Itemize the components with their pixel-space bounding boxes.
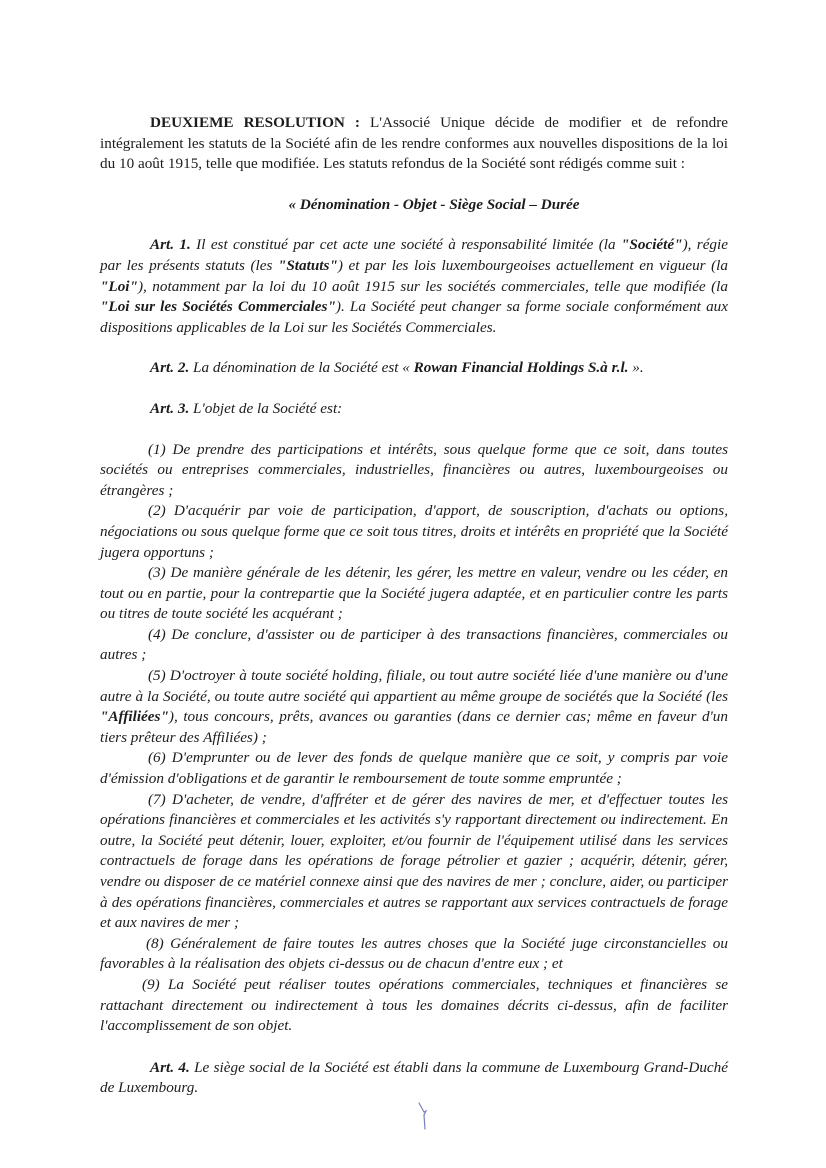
article-3-label: Art. 3. bbox=[150, 400, 189, 417]
object-item-5: (5) D'octroyer à toute société holding, … bbox=[100, 666, 728, 748]
pen-mark-icon bbox=[418, 1102, 430, 1130]
object-item-5-text: (5) D'octroyer à toute société holding, … bbox=[100, 667, 728, 705]
article-1-text: ), notamment par la loi du 10 août 1915 … bbox=[138, 278, 728, 295]
object-item-7: (7) D'acheter, de vendre, d'affréter et … bbox=[100, 790, 728, 934]
article-4-text: Le siège social de la Société est établi… bbox=[100, 1059, 728, 1097]
object-item-6: (6) D'emprunter ou de lever des fonds de… bbox=[100, 748, 728, 789]
article-3-text: L'objet de la Société est: bbox=[189, 400, 342, 417]
article-1-text: ) et par les lois luxembourgeoises actue… bbox=[338, 257, 728, 274]
resolution-paragraph: DEUXIEME RESOLUTION : L'Associé Unique d… bbox=[100, 113, 728, 175]
article-1-label: Art. 1. bbox=[150, 236, 191, 253]
company-name: Rowan Financial Holdings S.à r.l. bbox=[414, 359, 629, 376]
object-item-9: (9) La Société peut réaliser toutes opér… bbox=[100, 975, 728, 1037]
object-item-3: (3) De manière générale de les détenir, … bbox=[100, 563, 728, 625]
article-1: Art. 1. Il est constitué par cet acte un… bbox=[100, 235, 728, 338]
article-3-intro: Art. 3. L'objet de la Société est: bbox=[100, 399, 728, 420]
document-page: DEUXIEME RESOLUTION : L'Associé Unique d… bbox=[0, 0, 826, 1168]
article-2-text: ». bbox=[628, 359, 643, 376]
article-2-text: La dénomination de la Société est « bbox=[189, 359, 413, 376]
defined-term-societe: "Société" bbox=[621, 236, 683, 253]
article-2-label: Art. 2. bbox=[150, 359, 189, 376]
object-item-4: (4) De conclure, d'assister ou de partic… bbox=[100, 625, 728, 666]
defined-term-loi: "Loi" bbox=[100, 278, 138, 295]
resolution-heading: DEUXIEME RESOLUTION : bbox=[150, 114, 360, 131]
document-body: DEUXIEME RESOLUTION : L'Associé Unique d… bbox=[100, 113, 728, 1099]
section-title: « Dénomination - Objet - Siège Social – … bbox=[100, 195, 728, 216]
object-item-8: (8) Généralement de faire toutes les aut… bbox=[100, 934, 728, 975]
article-4-label: Art. 4. bbox=[150, 1059, 190, 1076]
article-1-text: Il est constitué par cet acte une sociét… bbox=[191, 236, 621, 253]
object-item-1: (1) De prendre des participations et int… bbox=[100, 440, 728, 502]
defined-term-affiliees: "Affiliées" bbox=[100, 708, 169, 725]
article-4: Art. 4. Le siège social de la Société es… bbox=[100, 1058, 728, 1099]
defined-term-loi-societes: "Loi sur les Sociétés Commerciales" bbox=[100, 298, 336, 315]
defined-term-statuts: "Statuts" bbox=[278, 257, 338, 274]
article-2: Art. 2. La dénomination de la Société es… bbox=[100, 358, 728, 379]
object-item-5-text: ), tous concours, prêts, avances ou gara… bbox=[100, 708, 728, 746]
object-item-2: (2) D'acquérir par voie de participation… bbox=[100, 501, 728, 563]
